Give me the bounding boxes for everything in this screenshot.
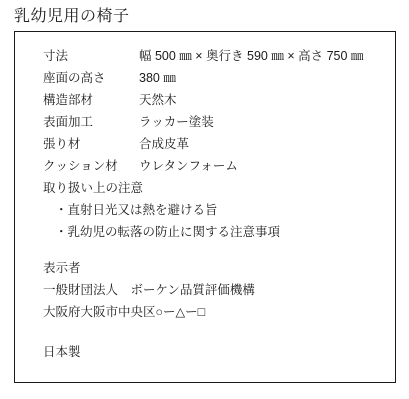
spec-value-structure: 天然木 [139,89,385,111]
labeler-address: 大阪府大阪市中央区○ー△ー□ [43,301,385,323]
label-box: 寸法 幅 500 ㎜ × 奥行き 590 ㎜ × 高さ 750 ㎜ 座面の高さ … [14,31,396,383]
spacer [43,243,385,257]
precaution-item: ・直射日光又は熱を避ける旨 [43,199,385,221]
spec-value-cushion: ウレタンフォーム [139,155,385,177]
spec-label-dimensions: 寸法 [43,45,139,67]
spec-table: 寸法 幅 500 ㎜ × 奥行き 590 ㎜ × 高さ 750 ㎜ 座面の高さ … [43,45,385,177]
labeler-heading: 表示者 [43,257,385,279]
spec-label-structure: 構造部材 [43,89,139,111]
labeler-name: 一般財団法人 ボーケン品質評価機構 [43,279,385,301]
table-row: 寸法 幅 500 ㎜ × 奥行き 590 ㎜ × 高さ 750 ㎜ [43,45,385,67]
spec-label-cushion: クッション材 [43,155,139,177]
spacer [43,323,385,341]
product-label-page: 乳幼児用の椅子 寸法 幅 500 ㎜ × 奥行き 590 ㎜ × 高さ 750 … [0,0,409,399]
precaution-text-sunlight: 直射日光又は熱を避ける旨 [68,203,218,217]
precaution-text-fall-prevention: 乳幼児の転落の防止に関する注意事項 [68,225,281,239]
page-title: 乳幼児用の椅子 [14,5,130,29]
spec-label-seat-height: 座面の高さ [43,67,139,89]
country-of-origin: 日本製 [43,341,385,363]
table-row: 構造部材 天然木 [43,89,385,111]
bullet-marker: ・ [55,221,68,243]
spec-value-dimensions: 幅 500 ㎜ × 奥行き 590 ㎜ × 高さ 750 ㎜ [139,45,385,67]
spec-value-surface: ラッカー塗装 [139,111,385,133]
table-row: 張り材 合成皮革 [43,133,385,155]
table-row: クッション材 ウレタンフォーム [43,155,385,177]
bullet-marker: ・ [55,199,68,221]
spec-label-upholstery: 張り材 [43,133,139,155]
table-row: 表面加工 ラッカー塗装 [43,111,385,133]
table-row: 座面の高さ 380 ㎜ [43,67,385,89]
precaution-item: ・乳幼児の転落の防止に関する注意事項 [43,221,385,243]
spec-value-seat-height: 380 ㎜ [139,67,385,89]
precautions-heading: 取り扱い上の注意 [43,177,385,199]
spec-value-upholstery: 合成皮革 [139,133,385,155]
spec-label-surface: 表面加工 [43,111,139,133]
